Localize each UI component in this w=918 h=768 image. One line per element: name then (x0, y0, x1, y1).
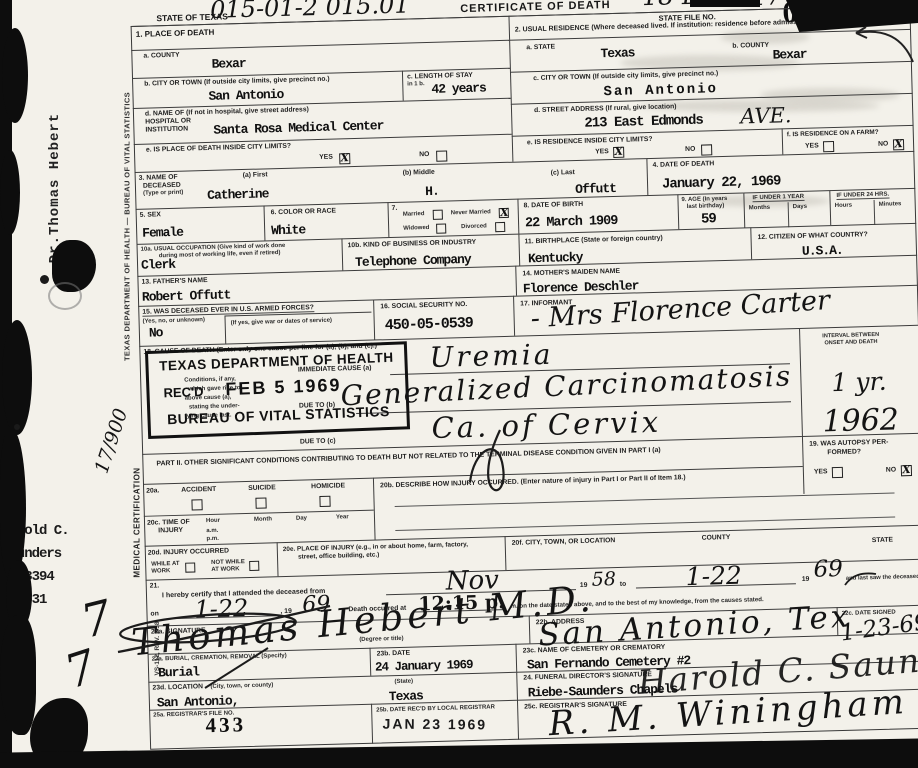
burial-date-value: 24 January 1969 (375, 658, 473, 675)
year2-prefix: 19 (802, 576, 810, 583)
field-date-of-birth: 8. DATE OF BIRTH 22 March 1909 (517, 194, 678, 233)
place-of-death-title: 1. PLACE OF DEATH (136, 28, 215, 39)
field-armed-forces: 15. WAS DECEASED EVER IN U.S. ARMED FORC… (138, 300, 374, 346)
war-dates-subbox: (If yes, give war or dates of service) (224, 312, 372, 344)
death-limits-yes-checkbox: X (339, 153, 350, 164)
widowed-label: Widowed (403, 225, 429, 232)
death-city-limits-label: e. IS PLACE OF DEATH INSIDE CITY LIMITS? (146, 143, 291, 154)
suicide-checkbox (255, 497, 266, 508)
field-ssn: 16. SOCIAL SECURITY NO. 450-05-0539 (373, 296, 514, 340)
residence-limits-label: e. IS RESIDENCE INSIDE CITY LIMITS? (527, 136, 653, 146)
field-age: 9. AGE (In years last birthday) 59 (677, 192, 744, 229)
statement-tail: m. on the date stated above, and to the … (510, 596, 764, 610)
residence-city-label: c. CITY OR TOWN (If outside city limits,… (533, 70, 718, 82)
checkbox-x-mark: X (894, 137, 903, 150)
name-label-1: 3. NAME OF (139, 174, 178, 182)
divorced-label: Divorced (461, 223, 487, 230)
hospital-label3: INSTITUTION (145, 125, 188, 133)
sex-label: 5. SEX (140, 211, 161, 219)
residence-farm-no-label: NO (878, 141, 888, 148)
dob-value: 22 March 1909 (525, 214, 618, 231)
date-of-death-value: January 22, 1969 (662, 173, 781, 192)
occupation-value: Clerk (141, 257, 175, 273)
field-citizen: 12. CITIZEN OF WHAT COUNTRY? U.S.A. (750, 223, 917, 259)
hours-label: Hours (835, 203, 852, 209)
not-while-label: NOT WHILE (211, 559, 245, 566)
margin-medical-certification-label: MEDICAL CERTIFICATION (133, 448, 142, 598)
to-line (636, 583, 796, 588)
scanned-death-certificate: { "marks":{"x":"X"}, "header":{ "state_o… (0, 0, 918, 768)
armed-forces-value: No (149, 325, 163, 340)
am-label: a.m. (206, 528, 218, 534)
field-if-under-24-hrs: IF UNDER 24 HRS. Hours Minutes (829, 188, 916, 225)
street-address-hand: AVE. (740, 103, 792, 128)
burial-value: Burial (158, 664, 199, 680)
mother-label: 14. MOTHER'S MAIDEN NAME (522, 268, 620, 278)
ink-blob (2, 320, 32, 435)
stamp-date: FEB 5 1969 (225, 375, 342, 400)
residence-farm-label: f. IS RESIDENCE ON A FARM? (787, 129, 879, 138)
burial-location-sub: (City, town, or county) (210, 682, 273, 690)
address-label: 22b. ADDRESS (536, 618, 585, 626)
residence-limits-no-checkbox (701, 144, 712, 155)
accident-label: ACCIDENT (181, 486, 216, 494)
cemetery-label: 23c. NAME OF CEMETERY OR CREMATORY (523, 644, 666, 655)
state-of-texas-label: STATE OF TEXAS (156, 11, 228, 23)
cause-a-line (390, 363, 790, 375)
on-date-hand: 1-22 (194, 594, 249, 623)
middle-name-value: H. (425, 184, 439, 199)
married-label: Married (403, 211, 425, 218)
margin-hand-seven: 7 (76, 589, 117, 648)
ssn-value: 450-05-0539 (385, 315, 473, 334)
autopsy-label2: FORMED? (827, 448, 861, 456)
degree-or-title-label: (Degree or title) (359, 636, 403, 643)
field-registrar-file-no: 25a. REGISTRAR'S FILE NO. 433 (149, 704, 372, 750)
date-received-stamp: JAN 23 1969 (383, 716, 488, 733)
burial-location-label: 23d. LOCATION (152, 683, 203, 691)
month-label: Month (254, 516, 272, 522)
death-city-label: b. CITY OR TOWN (If outside city limits,… (144, 76, 330, 88)
burial-date-label: 23b. DATE (377, 650, 411, 658)
day-label: Day (296, 515, 307, 521)
cause-b-line (356, 401, 791, 414)
sex-value: Female (142, 225, 183, 241)
ink-blob (0, 150, 20, 235)
death-county-label: a. COUNTY (143, 52, 179, 60)
checkbox-x-mark: X (340, 151, 349, 164)
last-name-label: (c) Last (551, 169, 575, 177)
residence-state-value: Texas (600, 45, 634, 61)
under-24-hrs-label: IF UNDER 24 HRS. (836, 192, 889, 200)
margin-hand-fraction: 17/900 (91, 406, 133, 476)
year3-prefix: , 19 (280, 608, 292, 615)
while-at-work-checkbox (185, 562, 195, 572)
stamp-recd: REC'D (163, 384, 203, 400)
ink-dot (14, 424, 20, 430)
field-20a-label: 20a. (146, 487, 159, 494)
cause-a-value: Uremia (429, 338, 554, 374)
checkbox-x-mark: X (902, 463, 911, 476)
year1-prefix: 19 (580, 582, 588, 589)
autopsy-yes-label: YES (814, 468, 828, 475)
first-name-label: (a) First (243, 171, 268, 179)
certify-text: I hereby certify that I attended the dec… (162, 588, 326, 599)
place-injury-label2: street, office building, etc.) (298, 551, 379, 560)
hours-minutes-divider (874, 200, 876, 225)
death-city-value: San Antonio (208, 87, 283, 104)
describe-injury-label: 20b. DESCRIBE HOW INJURY OCCURRED. (Ente… (380, 474, 686, 489)
registrar-file-number-stamp: 433 (205, 712, 246, 738)
length-of-stay-value: 42 years (431, 80, 486, 96)
months-days-divider (788, 202, 790, 227)
time-line (415, 609, 505, 612)
interval-label-2: ONSET AND DEATH (824, 339, 877, 346)
ink-blob (0, 615, 36, 735)
while-at-work-label: WHILE AT (151, 561, 179, 568)
date-received-label: 25b. DATE REC'D BY LOCAL REGISTRAR (376, 704, 495, 713)
year-label: Year (336, 514, 349, 520)
date-signed-label: 22c. DATE SIGNED (842, 610, 896, 617)
burial-label: 23a. BURIAL, CREMATION, REMOVAL (Specify… (152, 653, 287, 663)
field-if-under-1-year: IF UNDER 1 YEAR Months Days (743, 190, 830, 227)
last-saw-text: and last saw the deceased alive (846, 573, 918, 581)
not-while-checkbox (249, 561, 259, 571)
birthplace-label: 11. BIRTHPLACE (State or foreign country… (524, 235, 662, 246)
injury-answer-line-1 (395, 492, 895, 507)
funeral-director-label: 24. FUNERAL DIRECTOR'S SIGNATURE (523, 671, 652, 681)
residence-limits-no-label: NO (685, 146, 695, 153)
ink-dot (40, 275, 49, 284)
interval-b-value: 1 yr. (831, 367, 887, 397)
stamp-line-3: BUREAU OF VITAL STATISTICS (150, 402, 406, 428)
death-limits-no-checkbox (436, 150, 447, 161)
year3-hand: 69 (302, 592, 331, 618)
never-married-label: Never Married (451, 209, 491, 216)
death-limits-yes-label: YES (319, 154, 333, 161)
injury-occurred-label: 20d. INJURY OCCURRED (148, 548, 229, 557)
father-value: Robert Offutt (142, 287, 231, 304)
autopsy-yes-checkbox (832, 467, 843, 478)
margin-hand-seven: 7 (58, 639, 103, 699)
field-residence-on-farm: f. IS RESIDENCE ON A FARM? YES NO X (782, 125, 915, 155)
hospital-label2: HOSPITAL OR (145, 117, 191, 125)
field-date-received: 25b. DATE REC'D BY LOCAL REGISTRAR JAN 2… (371, 700, 518, 744)
not-while-label2: AT WORK (211, 566, 239, 573)
on-line (167, 615, 277, 619)
last-name-value: Offutt (575, 181, 616, 197)
first-name-value: Catherine (207, 186, 269, 203)
from-line (386, 589, 576, 595)
minutes-label: Minutes (879, 201, 902, 208)
age-value: 59 (701, 211, 716, 227)
year1-hand: 58 (591, 568, 616, 591)
signature-label: 22a. SIGNATURE (151, 627, 206, 635)
race-value: White (271, 222, 305, 238)
on-text: on (150, 610, 158, 617)
field-marital-status: 7. Married Never Married X Widowed Divor… (387, 199, 518, 238)
age-label: 9. AGE (In years (681, 196, 727, 203)
death-occurred-text: Death occurred at (348, 605, 406, 614)
homicide-label: HOMICIDE (311, 482, 345, 490)
industry-label: 10b. KIND OF BUSINESS OR INDUSTRY (348, 239, 477, 249)
autopsy-no-checkbox: X (901, 465, 912, 476)
field-burial-date: 23b. DATE 24 January 1969 (370, 644, 517, 676)
residence-state-label: a. STATE (526, 44, 555, 52)
name-label-3: (Type or print) (143, 190, 183, 197)
length-of-stay-label: c. LENGTH OF STAY (407, 72, 473, 81)
residence-city-value: San Antonio (603, 81, 718, 100)
never-married-checkbox: X (499, 208, 509, 218)
homicide-checkbox (319, 496, 330, 507)
hospital-label: d. NAME OF (If not in hospital, give str… (145, 106, 309, 117)
field-interval-onset-death: INTERVAL BETWEEN ONSET AND DEATH 1 yr. 1… (799, 325, 918, 436)
informant-label: 17. INFORMANT (520, 299, 572, 307)
injury-county-label: COUNTY (702, 534, 731, 542)
autopsy-label: 19. WAS AUTOPSY PER- (809, 439, 888, 448)
hour-label: Hour (206, 518, 220, 524)
residence-limits-yes-checkbox: X (613, 147, 624, 158)
pm-label: p.m. (206, 536, 219, 542)
death-county-value: Bexar (211, 56, 245, 72)
autopsy-no-label: NO (886, 466, 896, 473)
residence-farm-yes-checkbox (823, 141, 834, 152)
residence-farm-yes-label: YES (805, 142, 819, 149)
registrar-signature-label: 25c. REGISTRAR'S SIGNATURE (524, 701, 627, 711)
field-color-or-race: 6. COLOR OR RACE White (263, 202, 388, 240)
death-limits-no-label: NO (419, 151, 429, 158)
checkbox-x-mark: X (614, 145, 623, 158)
ssn-label: 16. SOCIAL SECURITY NO. (380, 301, 467, 310)
time-injury-label: 20c. TIME OF (147, 519, 190, 527)
residence-county-value: Bexar (772, 47, 806, 63)
name-label-2: DECEASED (143, 182, 181, 190)
residence-limits-yes-label: YES (595, 148, 609, 155)
field-sex: 5. SEX Female (136, 205, 265, 243)
margin-department-label: TEXAS DEPARTMENT OF HEALTH — BUREAU OF V… (123, 47, 132, 407)
middle-name-label: (b) Middle (403, 169, 435, 177)
ink-blob (2, 28, 28, 123)
dob-label: 8. DATE OF BIRTH (524, 201, 584, 210)
received-stamp: TEXAS DEPARTMENT OF HEALTH REC'D FEB 5 1… (145, 341, 410, 439)
certificate-form: STATE OF TEXAS 015-01-2 015.01 CERTIFICA… (130, 0, 918, 752)
father-label: 13. FATHER'S NAME (141, 277, 207, 286)
usual-residence-title: 2. USUAL RESIDENCE (Where deceased lived… (515, 19, 810, 34)
residence-farm-no-checkbox: X (893, 139, 904, 150)
to-text: to (620, 581, 627, 588)
citizen-label: 12. CITIZEN OF WHAT COUNTRY? (757, 231, 867, 241)
age-label2: last birthday) (687, 203, 725, 210)
date-of-death-label: 4. DATE OF DEATH (652, 160, 714, 169)
days-label: Days (793, 204, 808, 210)
hospital-value: Santa Rosa Medical Center (213, 118, 383, 138)
field-injury-occurred: 20d. INJURY OCCURRED WHILE AT WORK NOT W… (145, 542, 278, 580)
injury-state-label: STATE (872, 537, 893, 545)
suicide-label: SUICIDE (248, 484, 276, 492)
street-address-value: 213 East Edmonds (584, 113, 703, 132)
time-injury-label2: INJURY (158, 527, 183, 535)
length-of-stay-sub: in 1 b. (407, 81, 424, 87)
months-label: Months (749, 205, 770, 212)
married-checkbox (433, 210, 443, 220)
while-at-work-label2: WORK (151, 568, 170, 575)
race-label: 6. COLOR OR RACE (271, 208, 337, 217)
field-autopsy: 19. WAS AUTOPSY PER- FORMED? YES NO X (802, 433, 918, 494)
injury-city-label: 20f. CITY, TOWN, OR LOCATION (512, 537, 616, 547)
due-to-c-label: DUE TO (c) (300, 438, 336, 446)
under-1-year-label: IF UNDER 1 YEAR (752, 194, 804, 202)
armed-forces-sub: (Yes, no, or unknown) (143, 317, 205, 325)
field-date-signed: 22c. DATE SIGNED 1-23-69 (837, 605, 918, 635)
residence-county-label: b. COUNTY (732, 42, 769, 50)
field-length-of-stay: c. LENGTH OF STAY in 1 b. 42 years (402, 68, 511, 101)
street-address-label: d. STREET ADDRESS (If rural, give locati… (534, 103, 677, 114)
stamp-line-1: TEXAS DEPARTMENT OF HEALTH (148, 349, 404, 374)
accident-checkbox (191, 499, 202, 510)
checkbox-x-mark: X (500, 206, 509, 219)
scan-edge-top (690, 0, 760, 7)
war-dates-label: (If yes, give war or dates of service) (231, 318, 333, 327)
burial-state-sub: (State) (394, 679, 413, 686)
ink-blob (0, 430, 26, 580)
smudge-ring (48, 282, 82, 310)
statement-number: 21. (150, 582, 160, 589)
field-business-industry: 10b. KIND OF BUSINESS OR INDUSTRY Teleph… (341, 234, 519, 271)
widowed-checkbox (436, 224, 446, 234)
marital-label: 7. (392, 205, 398, 212)
divorced-checkbox (495, 222, 505, 232)
